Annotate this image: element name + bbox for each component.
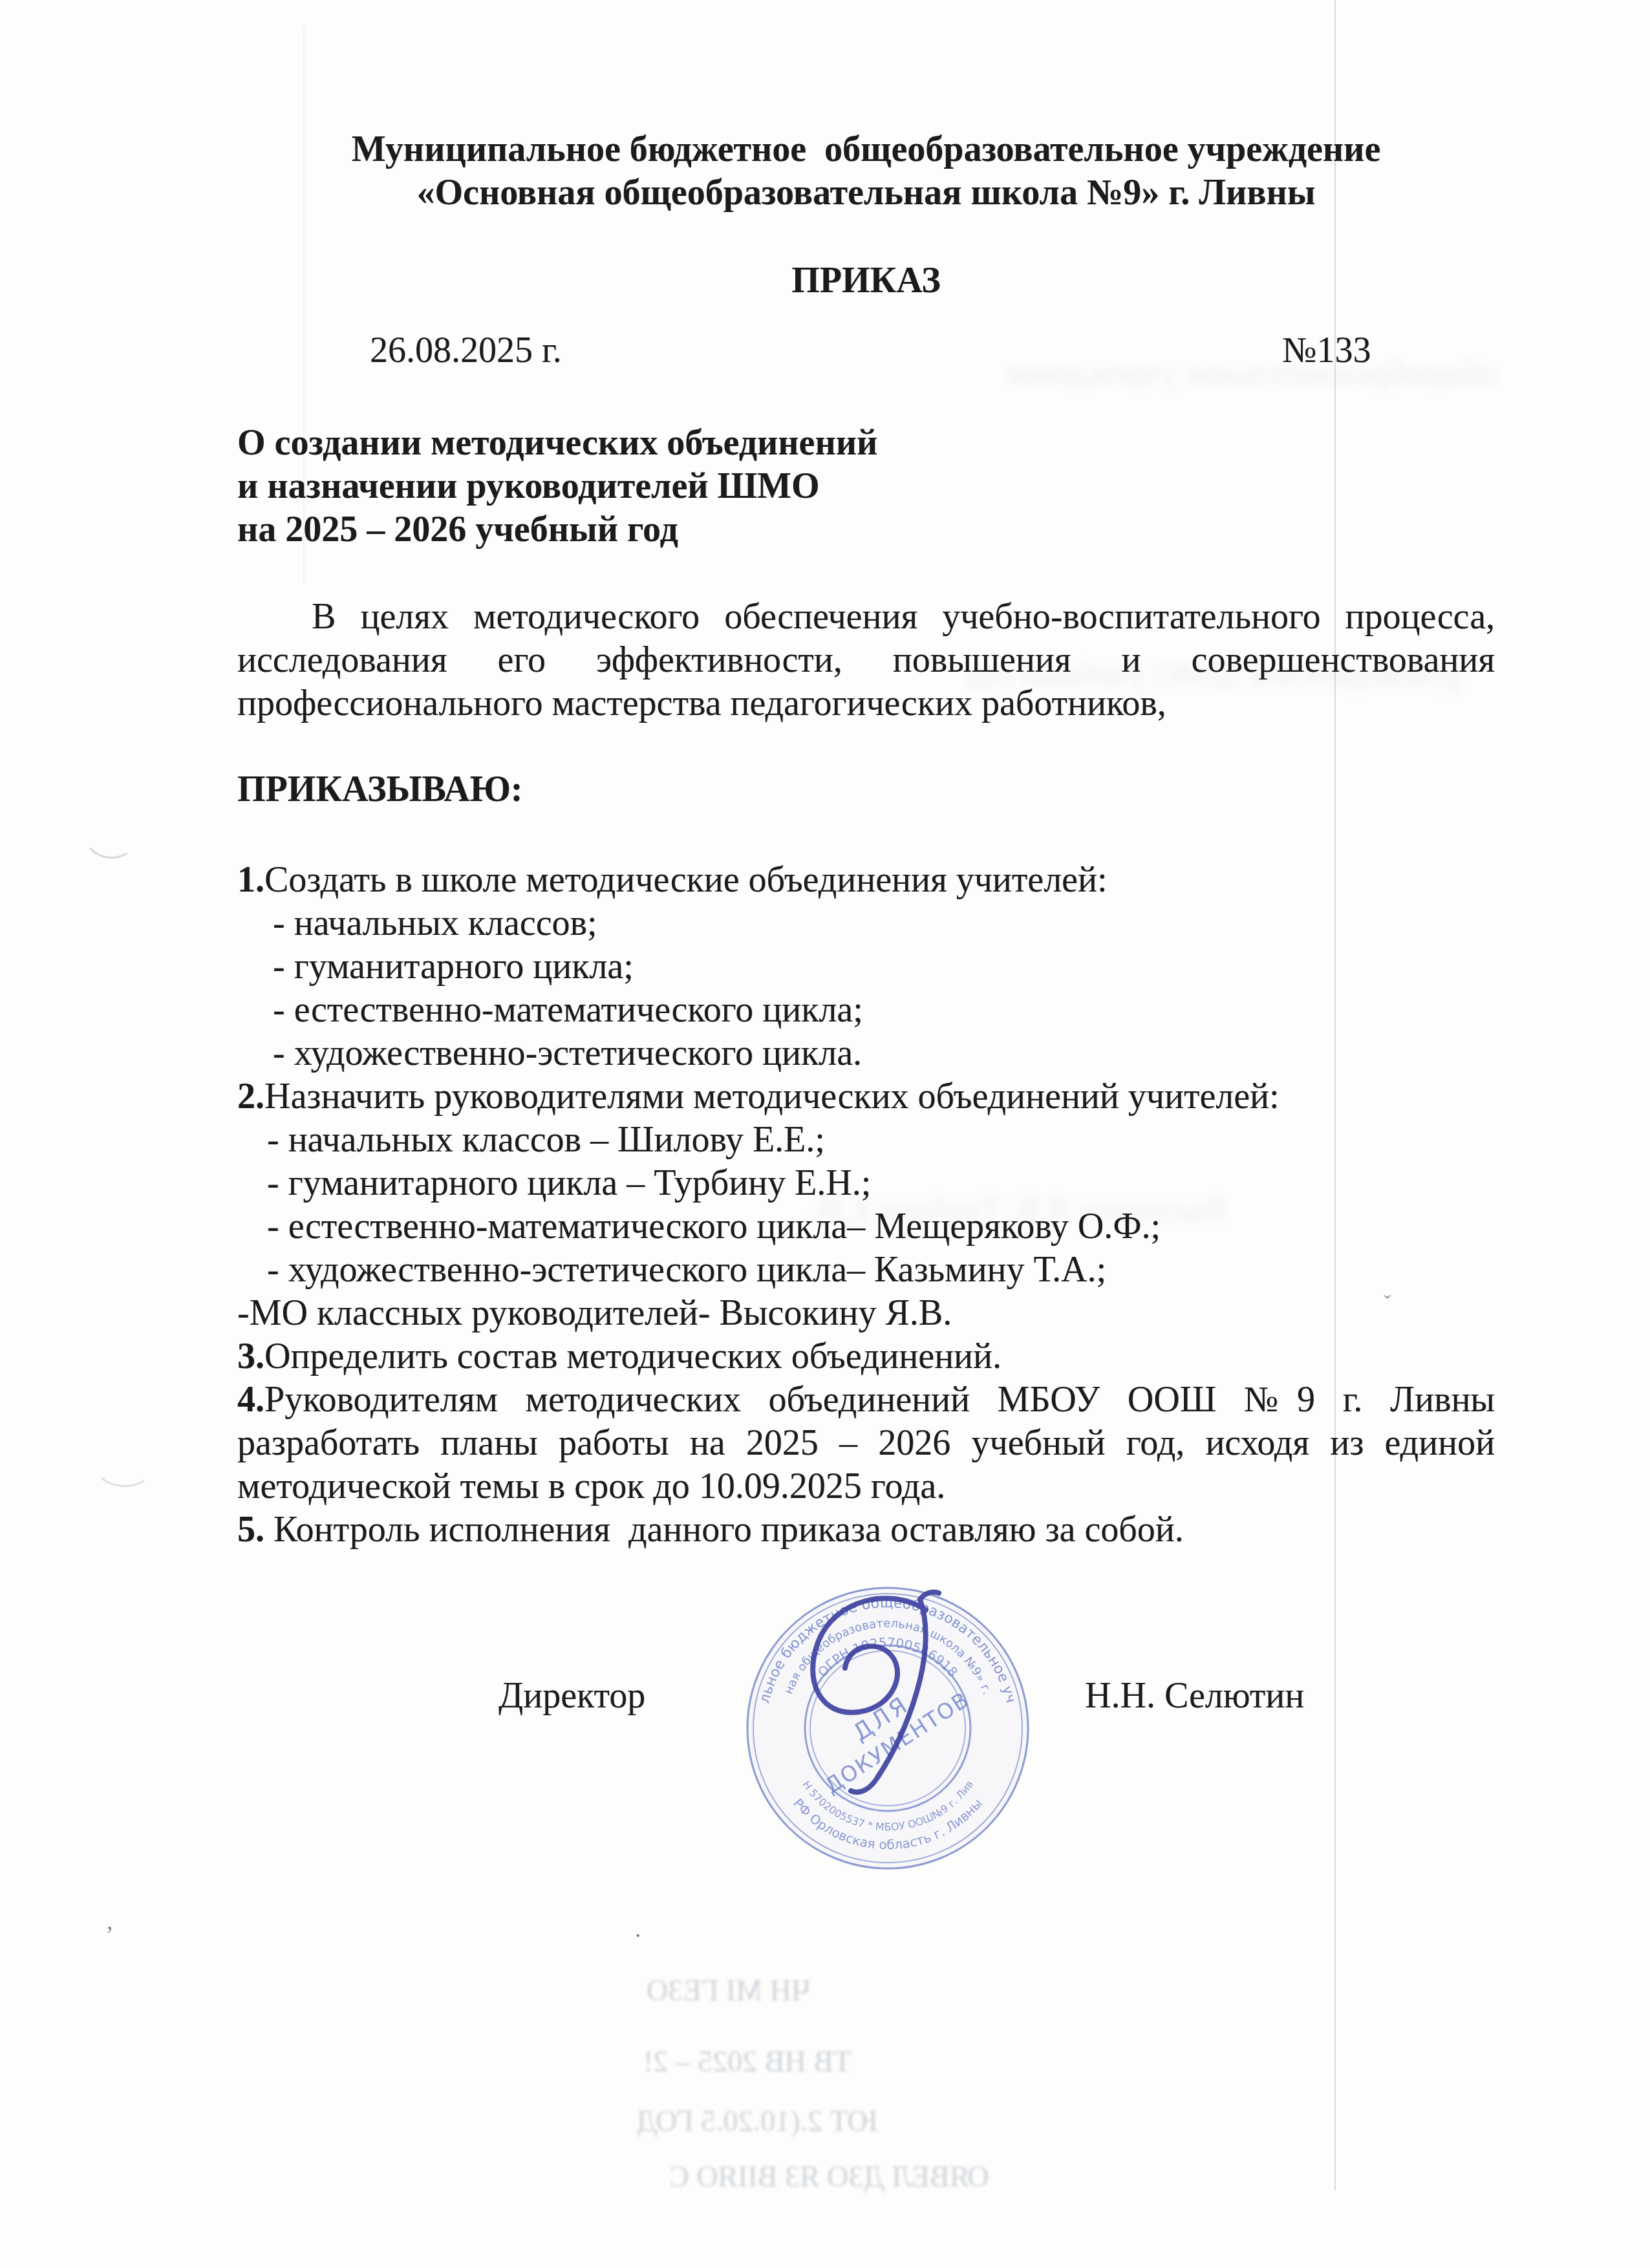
handwritten-signature (763, 1585, 976, 1799)
ink-speck: . (635, 1915, 641, 1943)
subject-line-2: и назначении руководителей ШМО (237, 465, 1495, 508)
item-number: 5. (237, 1510, 264, 1550)
item-text: Создать в школе методические объединения… (264, 860, 1107, 900)
doc-type-title: ПРИКАЗ (237, 259, 1495, 303)
org-name-line-2: «Основная общеобразовательная школа №9» … (237, 171, 1495, 215)
order-items: 1.Создать в школе методические объединен… (237, 859, 1495, 1552)
order-item-2-sub: - начальных классов – Шилову Е.Е.; (237, 1118, 1495, 1162)
signer-name: Н.Н. Селютин (1085, 1674, 1304, 1718)
order-item-1-sub: - начальных классов; (237, 902, 1495, 945)
item-text: Контроль исполнения данного приказа оста… (264, 1510, 1184, 1550)
order-item-1-sub: - естественно-математического цикла; (237, 989, 1495, 1032)
order-item-4-line-1: 4.Руководителям методических объединений… (237, 1378, 1495, 1422)
order-item-5: 5. Контроль исполнения данного приказа о… (237, 1508, 1495, 1552)
order-item-4-line-3: методической темы в срок до 10.09.2025 г… (237, 1465, 1495, 1508)
org-name-block: Муниципальное бюджетное общеобразователь… (237, 128, 1495, 215)
subject-line-3: на 2025 – 2026 учебный год (237, 508, 1495, 551)
order-item-2-sub: - естественно-математического цикла– Мещ… (237, 1205, 1495, 1248)
order-item-2-sub: - гуманитарного цикла – Турбину Е.Н.; (237, 1162, 1495, 1205)
bleed-through-text: ЮТ 2.(10.20.5 ГОД (637, 2104, 878, 2138)
item-number: 3. (237, 1336, 264, 1376)
doc-date: 26.08.2025 г. (370, 329, 562, 372)
order-item-2-sub: - художественно-эстетического цикла– Каз… (237, 1248, 1495, 1292)
preamble-line-1: В целях методического обеспечения учебно… (237, 595, 1495, 639)
bleed-through-text: ОЯВЕЛ ДЗО ЯЗ ВІІЯО С (669, 2159, 989, 2194)
item-number: 1. (237, 860, 264, 900)
item-number: 4. (237, 1380, 264, 1420)
subject-line-1: О создании методических объединений (237, 422, 1495, 465)
subject-block: О создании методических объединений и на… (237, 422, 1495, 551)
date-number-row: 26.08.2025 г. №133 (237, 329, 1495, 372)
bleed-through-text: ТВ НВ 2025 – 2! (643, 2044, 852, 2079)
signer-role: Директор (498, 1674, 645, 1718)
item-number: 2. (237, 1076, 264, 1117)
item-text: Определить состав методических объединен… (264, 1336, 1002, 1376)
order-item-2: 2.Назначить руководителями методических … (237, 1075, 1495, 1118)
ink-speck: , (107, 1907, 113, 1936)
preamble-paragraph: В целях методического обеспечения учебно… (237, 595, 1495, 725)
order-item-4-line-2: разработать планы работы на 2025 – 2026 … (237, 1422, 1495, 1465)
order-item-1-sub: - гуманитарного цикла; (237, 945, 1495, 989)
doc-number: №133 (1282, 329, 1371, 372)
order-item-2-last: -МО классных руководителей- Высокину Я.В… (237, 1292, 1495, 1335)
pencil-arc-mark (81, 810, 140, 862)
order-item-3: 3.Определить состав методических объедин… (237, 1335, 1495, 1378)
decree-word: ПРИКАЗЫВАЮ: (237, 768, 523, 811)
org-name-line-1: Муниципальное бюджетное общеобразователь… (237, 128, 1495, 171)
order-item-1: 1.Создать в школе методические объединен… (237, 859, 1495, 902)
item-text: Назначить руководителями методических об… (264, 1076, 1280, 1117)
order-item-1-sub: - художественно-эстетического цикла. (237, 1032, 1495, 1075)
item-text: Руководителям методических объединений М… (264, 1380, 1495, 1420)
pencil-arc-mark (93, 1445, 154, 1489)
bleed-through-text: ЧН МІ ГЕЗО (647, 1973, 811, 2007)
preamble-line-3: профессионального мастерства педагогичес… (237, 682, 1495, 725)
scanned-order-page: общеобразовательное учреждение руководит… (0, 0, 1650, 2268)
preamble-line-2: исследования его эффективности, повышени… (237, 639, 1495, 682)
